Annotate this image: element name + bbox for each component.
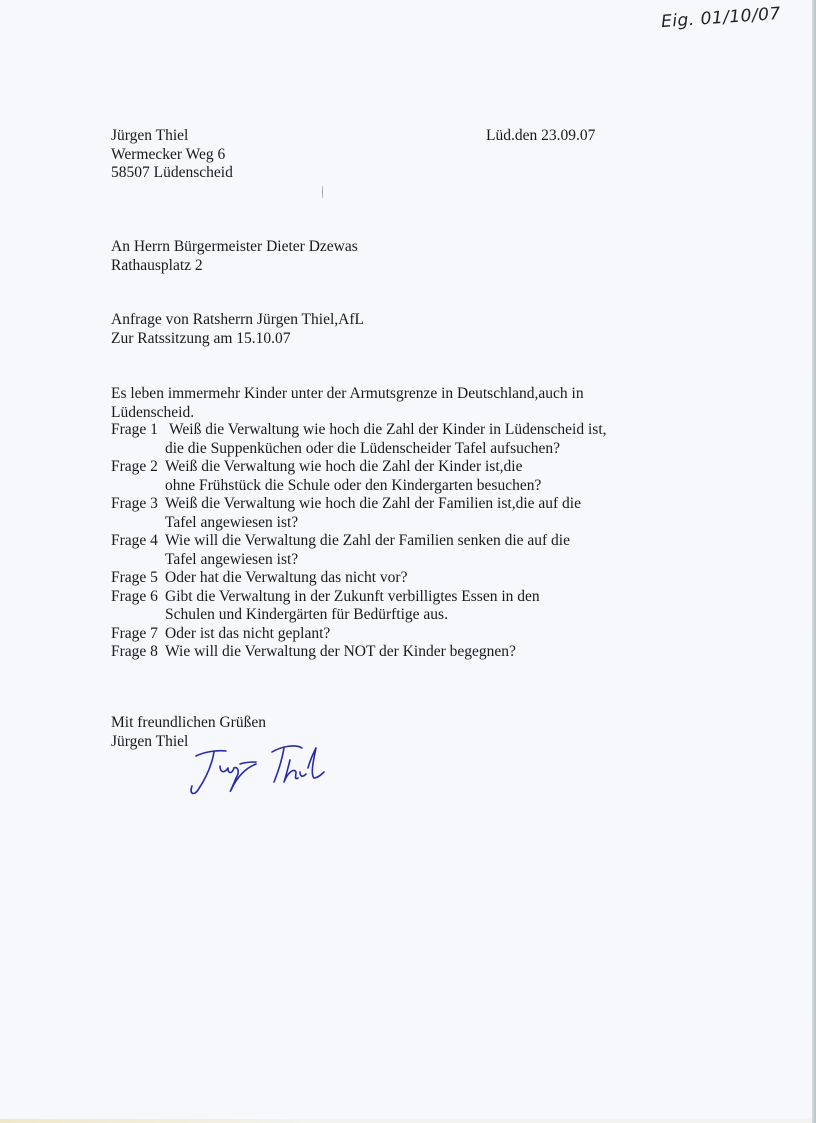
question-continuation: Schulen und Kindergärten für Bedürftige … <box>111 606 607 625</box>
question-list: Frage 1Weiß die Verwaltung wie hoch die … <box>111 421 607 662</box>
question-label: Frage 4 <box>111 532 165 551</box>
sender-city: 58507 Lüdenscheid <box>111 164 233 183</box>
question-line-1: Frage 4Wie will die Verwaltung die Zahl … <box>111 532 607 551</box>
subject-block: Anfrage von Ratsherrn Jürgen Thiel,AfL Z… <box>111 311 364 348</box>
question-text: Wie will die Verwaltung die Zahl der Fam… <box>165 532 570 549</box>
question-item: Frage 2Weiß die Verwaltung wie hoch die … <box>111 458 607 495</box>
question-line-1: Frage 8Wie will die Verwaltung der NOT d… <box>111 643 607 662</box>
question-item: Frage 6Gibt die Verwaltung in der Zukunf… <box>111 588 607 625</box>
intro-paragraph: Es leben immermehr Kinder unter der Armu… <box>111 385 584 422</box>
question-continuation: Tafel angewiesen ist? <box>111 514 607 533</box>
scan-edge-right <box>812 0 816 1123</box>
recipient-line-1: An Herrn Bürgermeister Dieter Dzewas <box>111 238 358 257</box>
question-line-1: Frage 7Oder ist das nicht geplant? <box>111 625 607 644</box>
question-label: Frage 1 <box>111 421 169 440</box>
question-label: Frage 5 <box>111 569 165 588</box>
question-label: Frage 8 <box>111 643 165 662</box>
question-line-1: Frage 5Oder hat die Verwaltung das nicht… <box>111 569 607 588</box>
recipient-line-2: Rathausplatz 2 <box>111 257 358 276</box>
question-line-1: Frage 6Gibt die Verwaltung in der Zukunf… <box>111 588 607 607</box>
question-continuation: ohne Frühstück die Schule oder den Kinde… <box>111 477 607 496</box>
subject-line-2: Zur Ratssitzung am 15.10.07 <box>111 330 364 349</box>
question-item: Frage 3Weiß die Verwaltung wie hoch die … <box>111 495 607 532</box>
scan-artifact <box>322 186 323 198</box>
question-label: Frage 6 <box>111 588 165 607</box>
question-line-1: Frage 1Weiß die Verwaltung wie hoch die … <box>111 421 607 440</box>
closing-greeting: Mit freundlichen Grüßen <box>111 714 266 733</box>
question-line-1: Frage 2Weiß die Verwaltung wie hoch die … <box>111 458 607 477</box>
question-item: Frage 1Weiß die Verwaltung wie hoch die … <box>111 421 607 458</box>
scan-edge-bottom <box>0 1119 812 1123</box>
letter-date: Lüd.den 23.09.07 <box>486 127 595 146</box>
question-text: Oder ist das nicht geplant? <box>165 625 330 642</box>
question-label: Frage 7 <box>111 625 165 644</box>
handwritten-signature <box>186 738 336 800</box>
sender-street: Wermecker Weg 6 <box>111 146 233 165</box>
question-text: Weiß die Verwaltung wie hoch die Zahl de… <box>169 421 607 438</box>
recipient-address: An Herrn Bürgermeister Dieter Dzewas Rat… <box>111 238 358 275</box>
question-text: Wie will die Verwaltung der NOT der Kind… <box>165 643 516 660</box>
sender-address: Jürgen Thiel Wermecker Weg 6 58507 Lüden… <box>111 127 233 183</box>
question-item: Frage 4Wie will die Verwaltung die Zahl … <box>111 532 607 569</box>
question-text: Gibt die Verwaltung in der Zukunft verbi… <box>165 588 540 605</box>
question-text: Weiß die Verwaltung wie hoch die Zahl de… <box>165 495 581 512</box>
intro-line-1: Es leben immermehr Kinder unter der Armu… <box>111 385 584 404</box>
question-label: Frage 2 <box>111 458 165 477</box>
question-text: Oder hat die Verwaltung das nicht vor? <box>165 569 407 586</box>
sender-name: Jürgen Thiel <box>111 127 233 146</box>
question-label: Frage 3 <box>111 495 165 514</box>
question-text: Weiß die Verwaltung wie hoch die Zahl de… <box>165 458 522 475</box>
question-continuation: die die Suppenküchen oder die Lüdenschei… <box>111 440 607 459</box>
question-item: Frage 5Oder hat die Verwaltung das nicht… <box>111 569 607 588</box>
question-continuation: Tafel angewiesen ist? <box>111 551 607 570</box>
handwritten-receipt-note: Eig. 01/10/07 <box>660 4 781 32</box>
subject-line-1: Anfrage von Ratsherrn Jürgen Thiel,AfL <box>111 311 364 330</box>
question-line-1: Frage 3Weiß die Verwaltung wie hoch die … <box>111 495 607 514</box>
intro-line-2: Lüdenscheid. <box>111 404 584 423</box>
question-item: Frage 7Oder ist das nicht geplant? <box>111 625 607 644</box>
question-item: Frage 8Wie will die Verwaltung der NOT d… <box>111 643 607 662</box>
